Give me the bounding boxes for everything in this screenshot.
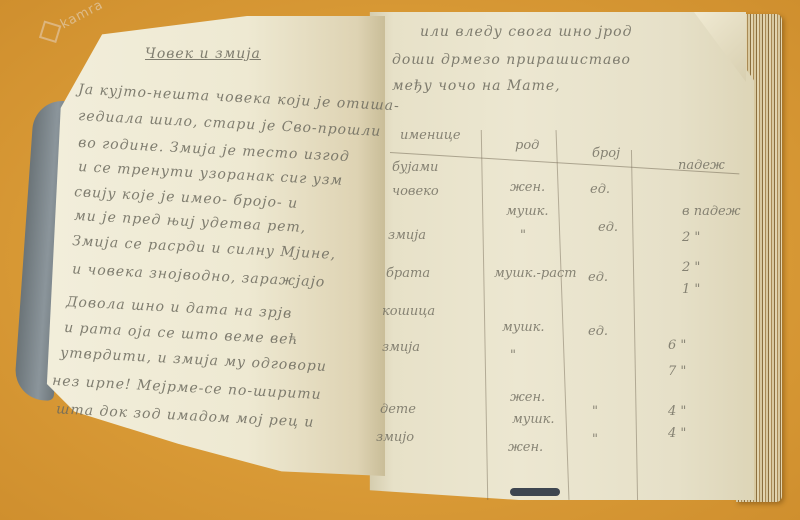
table-cell: кошица: [382, 304, 435, 319]
left-page-title: Човек и змија: [145, 46, 261, 62]
text-line: међу чочо на Мате,: [392, 78, 561, 94]
table-cell: змија: [382, 340, 420, 355]
table-cell: жен.: [508, 440, 543, 455]
table-cell: мушк.-раст: [494, 266, 577, 281]
table-header: падеж: [678, 158, 725, 173]
table-cell: змија: [388, 228, 426, 243]
table-cell: дете: [380, 402, 416, 417]
table-header: род: [515, 138, 539, 153]
table-cell: ": [510, 348, 516, 363]
table-cell: 6 ": [668, 338, 686, 353]
table-cell: мушк.: [506, 204, 549, 219]
table-cell: 4 ": [668, 404, 686, 419]
table-cell: в падеж: [682, 204, 741, 219]
table-cell: брата: [386, 266, 430, 281]
table-cell: 2 ": [682, 230, 700, 245]
table-cell: жен.: [510, 180, 545, 195]
table-cell: ": [592, 432, 598, 447]
table-cell: ": [520, 228, 526, 243]
watermark-cube-icon: [39, 20, 61, 42]
table-header: именице: [400, 128, 461, 143]
table-cell: 4 ": [668, 426, 686, 441]
table-header: број: [592, 146, 620, 161]
table-cell: ед.: [588, 270, 608, 285]
table-cell: ": [592, 404, 598, 419]
table-cell: змијо: [376, 430, 414, 445]
table-cell: 2 ": [682, 260, 700, 275]
table-cell: ед.: [590, 182, 610, 197]
watermark: kamra: [38, 0, 107, 44]
table-cell: жен.: [510, 390, 545, 405]
table-cell: мушк.: [502, 320, 545, 335]
cover-fragment: [510, 488, 560, 496]
table-cell: 7 ": [668, 364, 686, 379]
table-cell: 1 ": [682, 282, 700, 297]
table-cell: ед.: [588, 324, 608, 339]
text-line: доши дрмезо прирашиставо: [392, 52, 631, 68]
table-cell: ед.: [598, 220, 618, 235]
table-cell: бујами: [392, 160, 438, 175]
table-cell: човеко: [392, 184, 439, 199]
table-cell: мушк.: [512, 412, 555, 427]
text-line: или вледу свога шно јрод: [420, 24, 632, 40]
